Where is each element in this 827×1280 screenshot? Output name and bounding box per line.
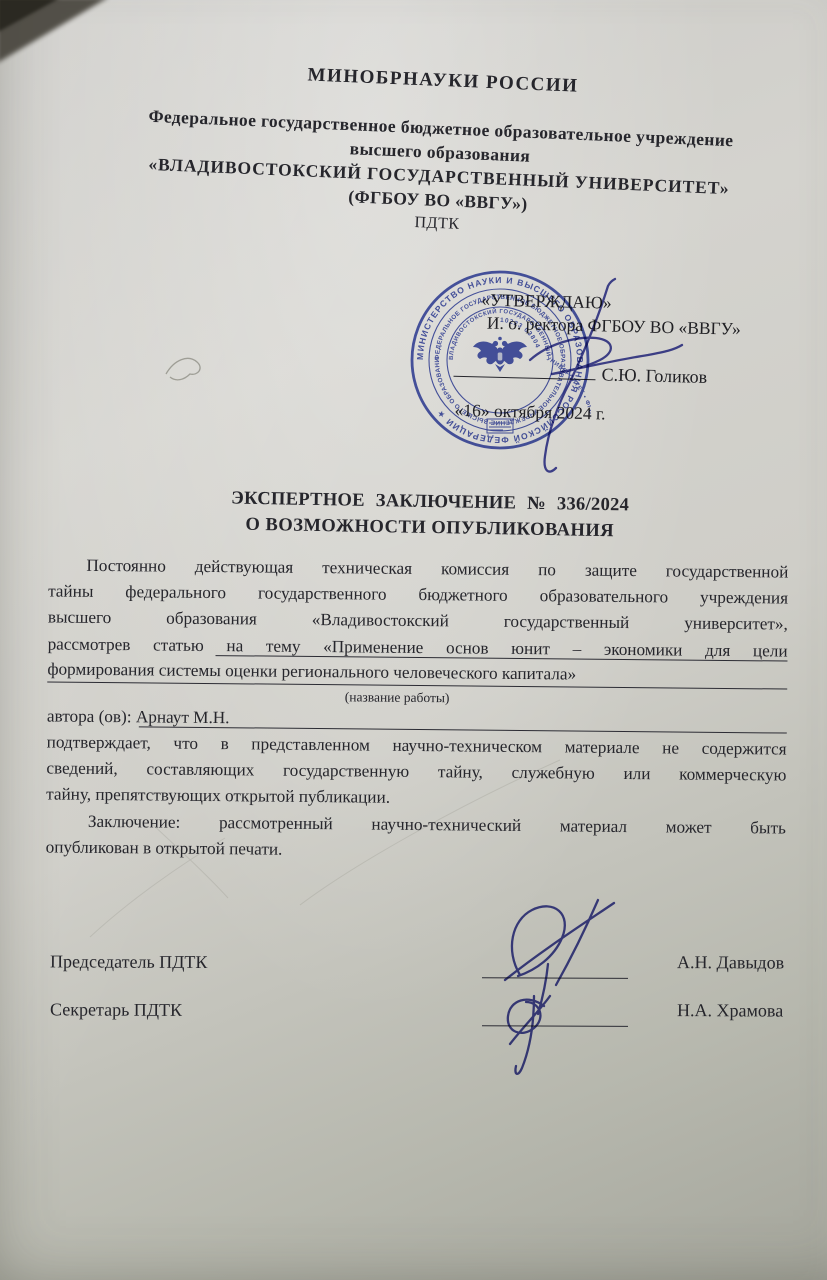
approval-signature-row: С.Ю. Голиков [453,360,811,391]
ministry-title: МИНОБРНАУКИ РОССИИ [58,54,827,108]
letterhead: МИНОБРНАУКИ РОССИИ Федеральное государст… [52,54,827,251]
signatory-name: Н.А. Храмова [677,1000,783,1021]
signature-line [482,977,628,979]
signatory-role: Председатель ПДТК [50,951,207,973]
authors-label: автора (ов): [47,706,136,726]
signature-line [482,1025,628,1027]
signatory-role: Секретарь ПДТК [50,999,182,1021]
approver-name: С.Ю. Голиков [601,364,707,387]
authors-value: Арнаут М.Н. [136,707,230,727]
body-paragraph: Постоянно действующая техническая комисс… [46,552,789,867]
document-title: ЭКСПЕРТНОЕ ЗАКЛЮЧЕНИЕ № 336/2024 О ВОЗМО… [40,482,821,548]
pencil-mark [166,358,200,379]
signature-row-secretary: Секретарь ПДТК Н.А. Храмова [50,997,807,1058]
body-line-4-pre: рассмотрев статью на [48,634,267,655]
approval-block: «УТВЕРЖДАЮ» И. о. ректора ФГБОУ ВО «ВВГУ… [438,287,813,429]
scanned-document-page: МИНОБРНАУКИ РОССИИ Федеральное государст… [0,0,827,1280]
signatory-name: А.Н. Давыдов [677,952,784,973]
photo-corner-shadow-inner [0,0,60,32]
approval-signature-line [454,362,596,380]
